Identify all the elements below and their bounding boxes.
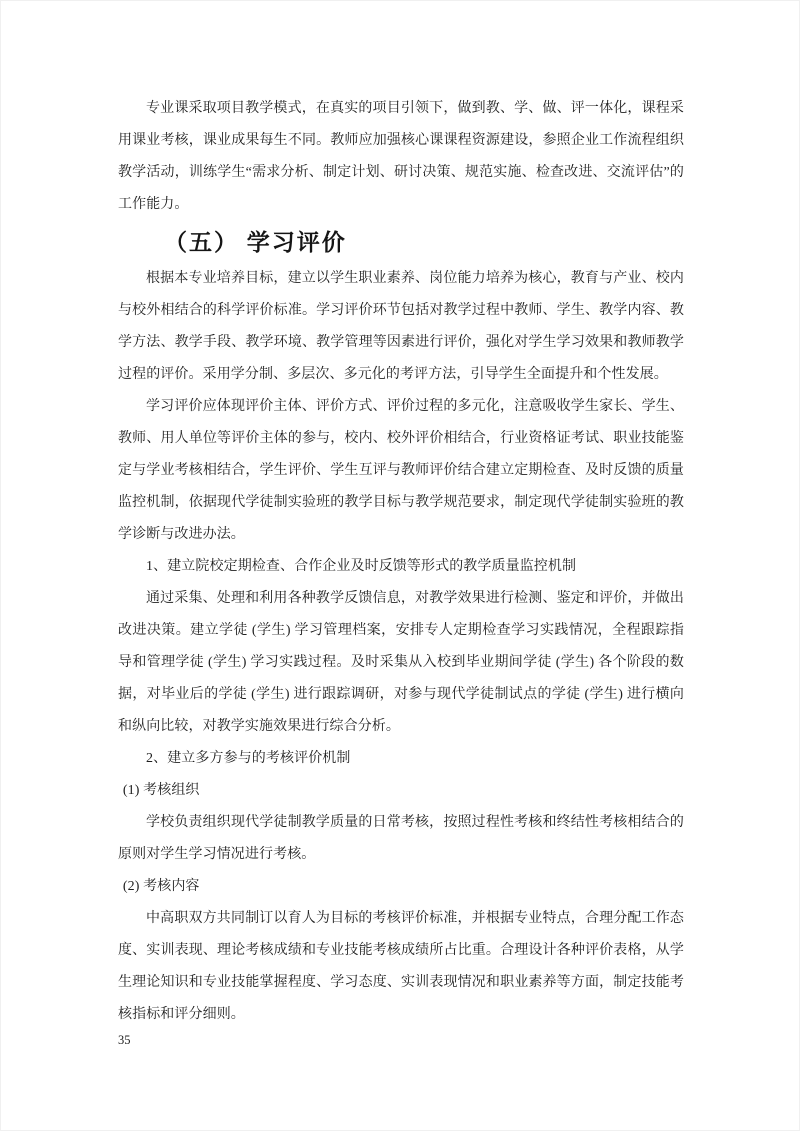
sub-item-1: (1) 考核组织 [118,775,684,807]
document-body: 专业课采取项目教学模式，在真实的项目引领下，做到教、学、做、评一体化，课程采用课… [118,93,684,1031]
paragraph: 专业课采取项目教学模式，在真实的项目引领下，做到教、学、做、评一体化，课程采用课… [118,93,684,221]
numbered-item-1: 1、建立院校定期检查、合作企业及时反馈等形式的教学质量监控机制 [118,551,684,583]
numbered-item-2: 2、建立多方参与的考核评价机制 [118,743,684,775]
paragraph: 根据本专业培养目标，建立以学生职业素养、岗位能力培养为核心，教育与产业、校内与校… [118,263,684,391]
page-number: 35 [118,1032,131,1048]
paragraph: 学习评价应体现评价主体、评价方式、评价过程的多元化，注意吸收学生家长、学生、教师… [118,391,684,551]
document-page: 专业课采取项目教学模式，在真实的项目引领下，做到教、学、做、评一体化，课程采用课… [0,0,800,1131]
section-heading: （五） 学习评价 [118,226,684,260]
paragraph: 通过采集、处理和利用各种教学反馈信息，对教学效果进行检测、鉴定和评价，并做出改进… [118,583,684,743]
paragraph: 中高职双方共同制订以育人为目标的考核评价标准，并根据专业特点，合理分配工作态度、… [118,903,684,1031]
sub-item-2: (2) 考核内容 [118,871,684,903]
paragraph: 学校负责组织现代学徒制教学质量的日常考核，按照过程性考核和终结性考核相结合的原则… [118,807,684,871]
